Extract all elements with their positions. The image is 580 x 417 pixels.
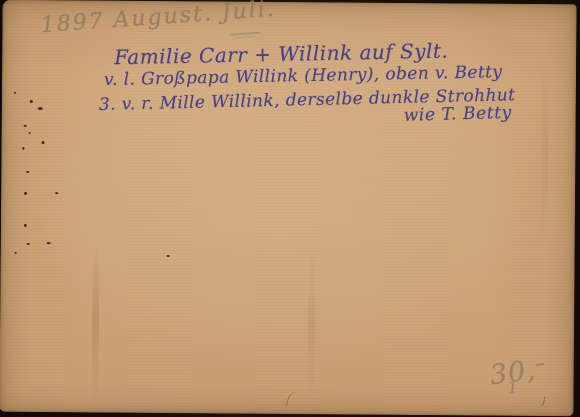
dirt-speck [14, 92, 16, 94]
dirt-speck [27, 243, 30, 245]
paper-stain [307, 241, 315, 406]
dirt-speck [38, 107, 43, 110]
dirt-speck [30, 100, 33, 103]
dirt-speck [41, 141, 44, 144]
paper-stain [541, 45, 550, 251]
handwritten-line-row2-continued: wie T. Betty [403, 103, 512, 126]
dirt-speck [24, 224, 27, 227]
dirt-speck [26, 171, 29, 173]
dirt-speck [15, 252, 17, 254]
photo-verso-card: 1897 August. Juli. Familie Carr + Willin… [0, 0, 577, 416]
underline-mark [230, 32, 260, 36]
paper-stain [91, 239, 99, 404]
price-dash: – [533, 350, 546, 375]
underline-mark [233, 36, 255, 38]
dirt-speck [24, 125, 27, 127]
dirt-speck [24, 192, 27, 195]
pencil-squiggle [535, 395, 545, 406]
price-sub-mark: 1 [507, 377, 519, 397]
dirt-speck [22, 147, 24, 150]
dirt-speck [47, 242, 51, 244]
dirt-speck [29, 132, 31, 134]
pencil-squiggle [286, 391, 301, 409]
dirt-speck [55, 192, 58, 194]
dirt-speck [167, 255, 170, 257]
